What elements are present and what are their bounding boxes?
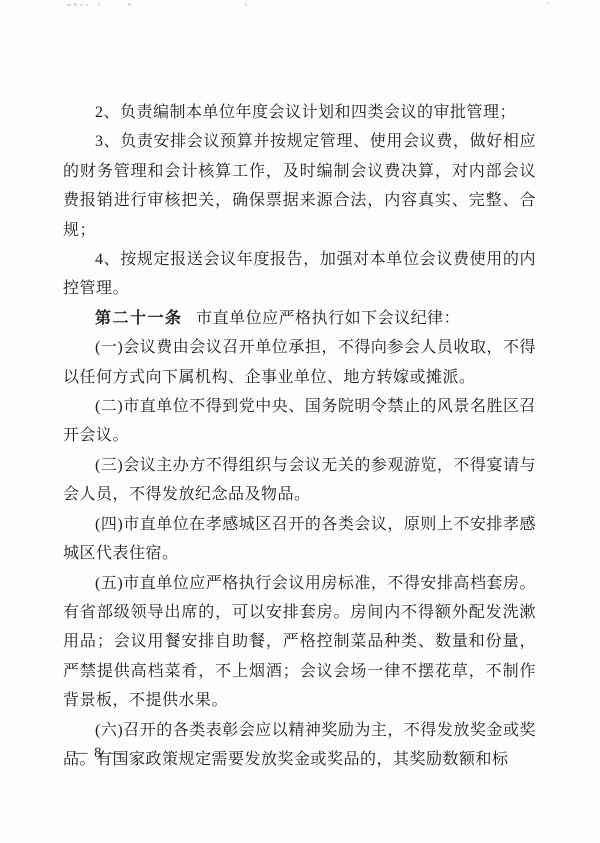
- scan-artifact: [245, 3, 247, 6]
- article-21-heading: 第二十一条市直单位应严格执行如下会议纪律：: [63, 304, 536, 333]
- rule-item-3: (三)会议主办方不得组织与会议无关的参观游览，不得宴请与会人员，不得发放纪念品及…: [63, 451, 536, 510]
- article-intro: 市直单位应严格执行如下会议纪律：: [196, 310, 460, 327]
- scan-artifact: [67, 4, 71, 6]
- duty-item-3: 3、负责安排会议预算并按规定管理、使用会议费，做好相应的财务管理和会计核算工作，…: [63, 127, 536, 245]
- rule-item-5: (五)市直单位应严格执行会议用房标准，不得安排高档套房。有省部级领导出席的，可以…: [63, 569, 536, 716]
- duty-item-2: 2、负责编制本单位年度会议计划和四类会议的审批管理；: [63, 98, 536, 127]
- document-body: 2、负责编制本单位年度会议计划和四类会议的审批管理； 3、负责安排会议预算并按规…: [63, 98, 536, 774]
- page-number: — 8 —: [73, 745, 124, 762]
- scan-artifact: [86, 4, 88, 6]
- document-page: 2、负责编制本单位年度会议计划和四类会议的审批管理； 3、负责安排会议预算并按规…: [0, 0, 600, 843]
- rule-item-6: (六)召开的各类表彰会应以精神奖励为主，不得发放奖金或奖品。有国家政策规定需要发…: [63, 716, 536, 775]
- scan-artifact: [98, 3, 100, 6]
- rule-item-4: (四)市直单位在孝感城区召开的各类会议，原则上不安排孝感城区代表住宿。: [63, 510, 536, 569]
- scan-artifact: [80, 4, 83, 6]
- rule-item-1: (一)会议费由会议召开单位承担，不得向参会人员收取，不得以任何方式向下属机构、企…: [63, 333, 536, 392]
- duty-item-4: 4、按规定报送会议年度报告，加强对本单位会议费使用的内控管理。: [63, 245, 536, 304]
- rule-item-2: (二)市直单位不得到党中央、国务院明令禁止的风景名胜区召开会议。: [63, 392, 536, 451]
- article-number: 第二十一条: [95, 310, 183, 327]
- scan-artifact: [547, 2, 549, 4]
- scan-artifact: [74, 3, 77, 6]
- scan-artifact: [128, 3, 131, 6]
